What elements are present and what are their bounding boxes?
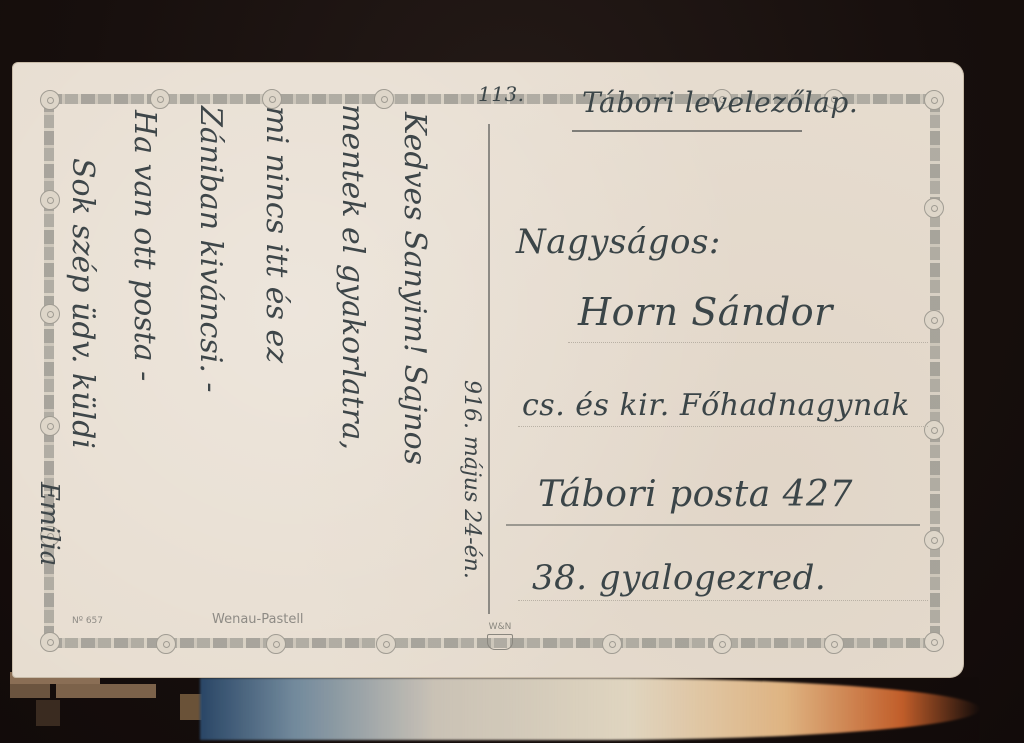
- scan-artifact: [180, 694, 202, 720]
- logo-shield-icon: [487, 634, 513, 650]
- publisher-name: Wenau-Pastell: [212, 612, 304, 627]
- rosette-icon: [40, 632, 60, 652]
- address-line-3: [506, 524, 920, 526]
- center-divider-line: [488, 124, 490, 614]
- rosette-icon: [924, 420, 944, 440]
- rosette-icon: [156, 634, 176, 654]
- message-line-2: mentek el gyakorlatra,: [335, 104, 370, 450]
- address-rank: cs. és kir. Főhadnagynak: [522, 388, 910, 423]
- rosette-icon: [924, 530, 944, 550]
- rosette-icon: [924, 310, 944, 330]
- address-salutation: Nagyságos:: [516, 222, 721, 262]
- rosette-icon: [40, 190, 60, 210]
- message-line-4: Zániban kiváncsi. -: [193, 106, 228, 393]
- rosette-icon: [602, 634, 622, 654]
- publisher-logo: W&N: [480, 622, 520, 656]
- address-line-2: [518, 426, 928, 427]
- rosette-icon: [712, 634, 732, 654]
- card-title: Tábori levelezőlap.: [582, 86, 858, 119]
- rosette-icon: [266, 634, 286, 654]
- light-glare: [200, 678, 980, 740]
- rosette-icon: [924, 198, 944, 218]
- scan-artifact: [56, 684, 156, 698]
- address-line-4: [518, 600, 928, 601]
- address-field-post: Tábori posta 427: [538, 474, 853, 515]
- rosette-icon: [40, 416, 60, 436]
- rosette-icon: [374, 89, 394, 109]
- message-signature: Emilia: [34, 482, 64, 566]
- rosette-icon: [376, 634, 396, 654]
- card-number-note: 113.: [478, 82, 525, 106]
- address-unit: 38. gyalogezred.: [532, 558, 826, 598]
- address-line-1: [568, 342, 928, 343]
- scan-artifact: [36, 700, 60, 726]
- catalog-number: Nº 657: [72, 616, 103, 626]
- rosette-icon: [924, 632, 944, 652]
- rosette-icon: [40, 304, 60, 324]
- rosette-icon: [40, 90, 60, 110]
- message-line-3: mi nincs itt és ez: [259, 106, 294, 363]
- message-line-6: Sok szép üdv. küldi: [65, 158, 100, 449]
- address-name: Horn Sándor: [578, 290, 833, 334]
- logo-text: W&N: [480, 622, 520, 633]
- date-note: 916. május 24-én.: [459, 380, 484, 579]
- message-line-5: Ha van ott posta -: [127, 110, 162, 381]
- rosette-icon: [824, 634, 844, 654]
- rosette-icon: [150, 89, 170, 109]
- scan-artifact: [10, 684, 50, 698]
- postcard: 113. Tábori levelezőlap. Nagyságos: Horn…: [12, 62, 964, 678]
- title-underline: [572, 130, 802, 132]
- border-right: [930, 98, 940, 644]
- message-line-1: Kedves Sanyim! Sajnos: [397, 112, 432, 465]
- rosette-icon: [924, 90, 944, 110]
